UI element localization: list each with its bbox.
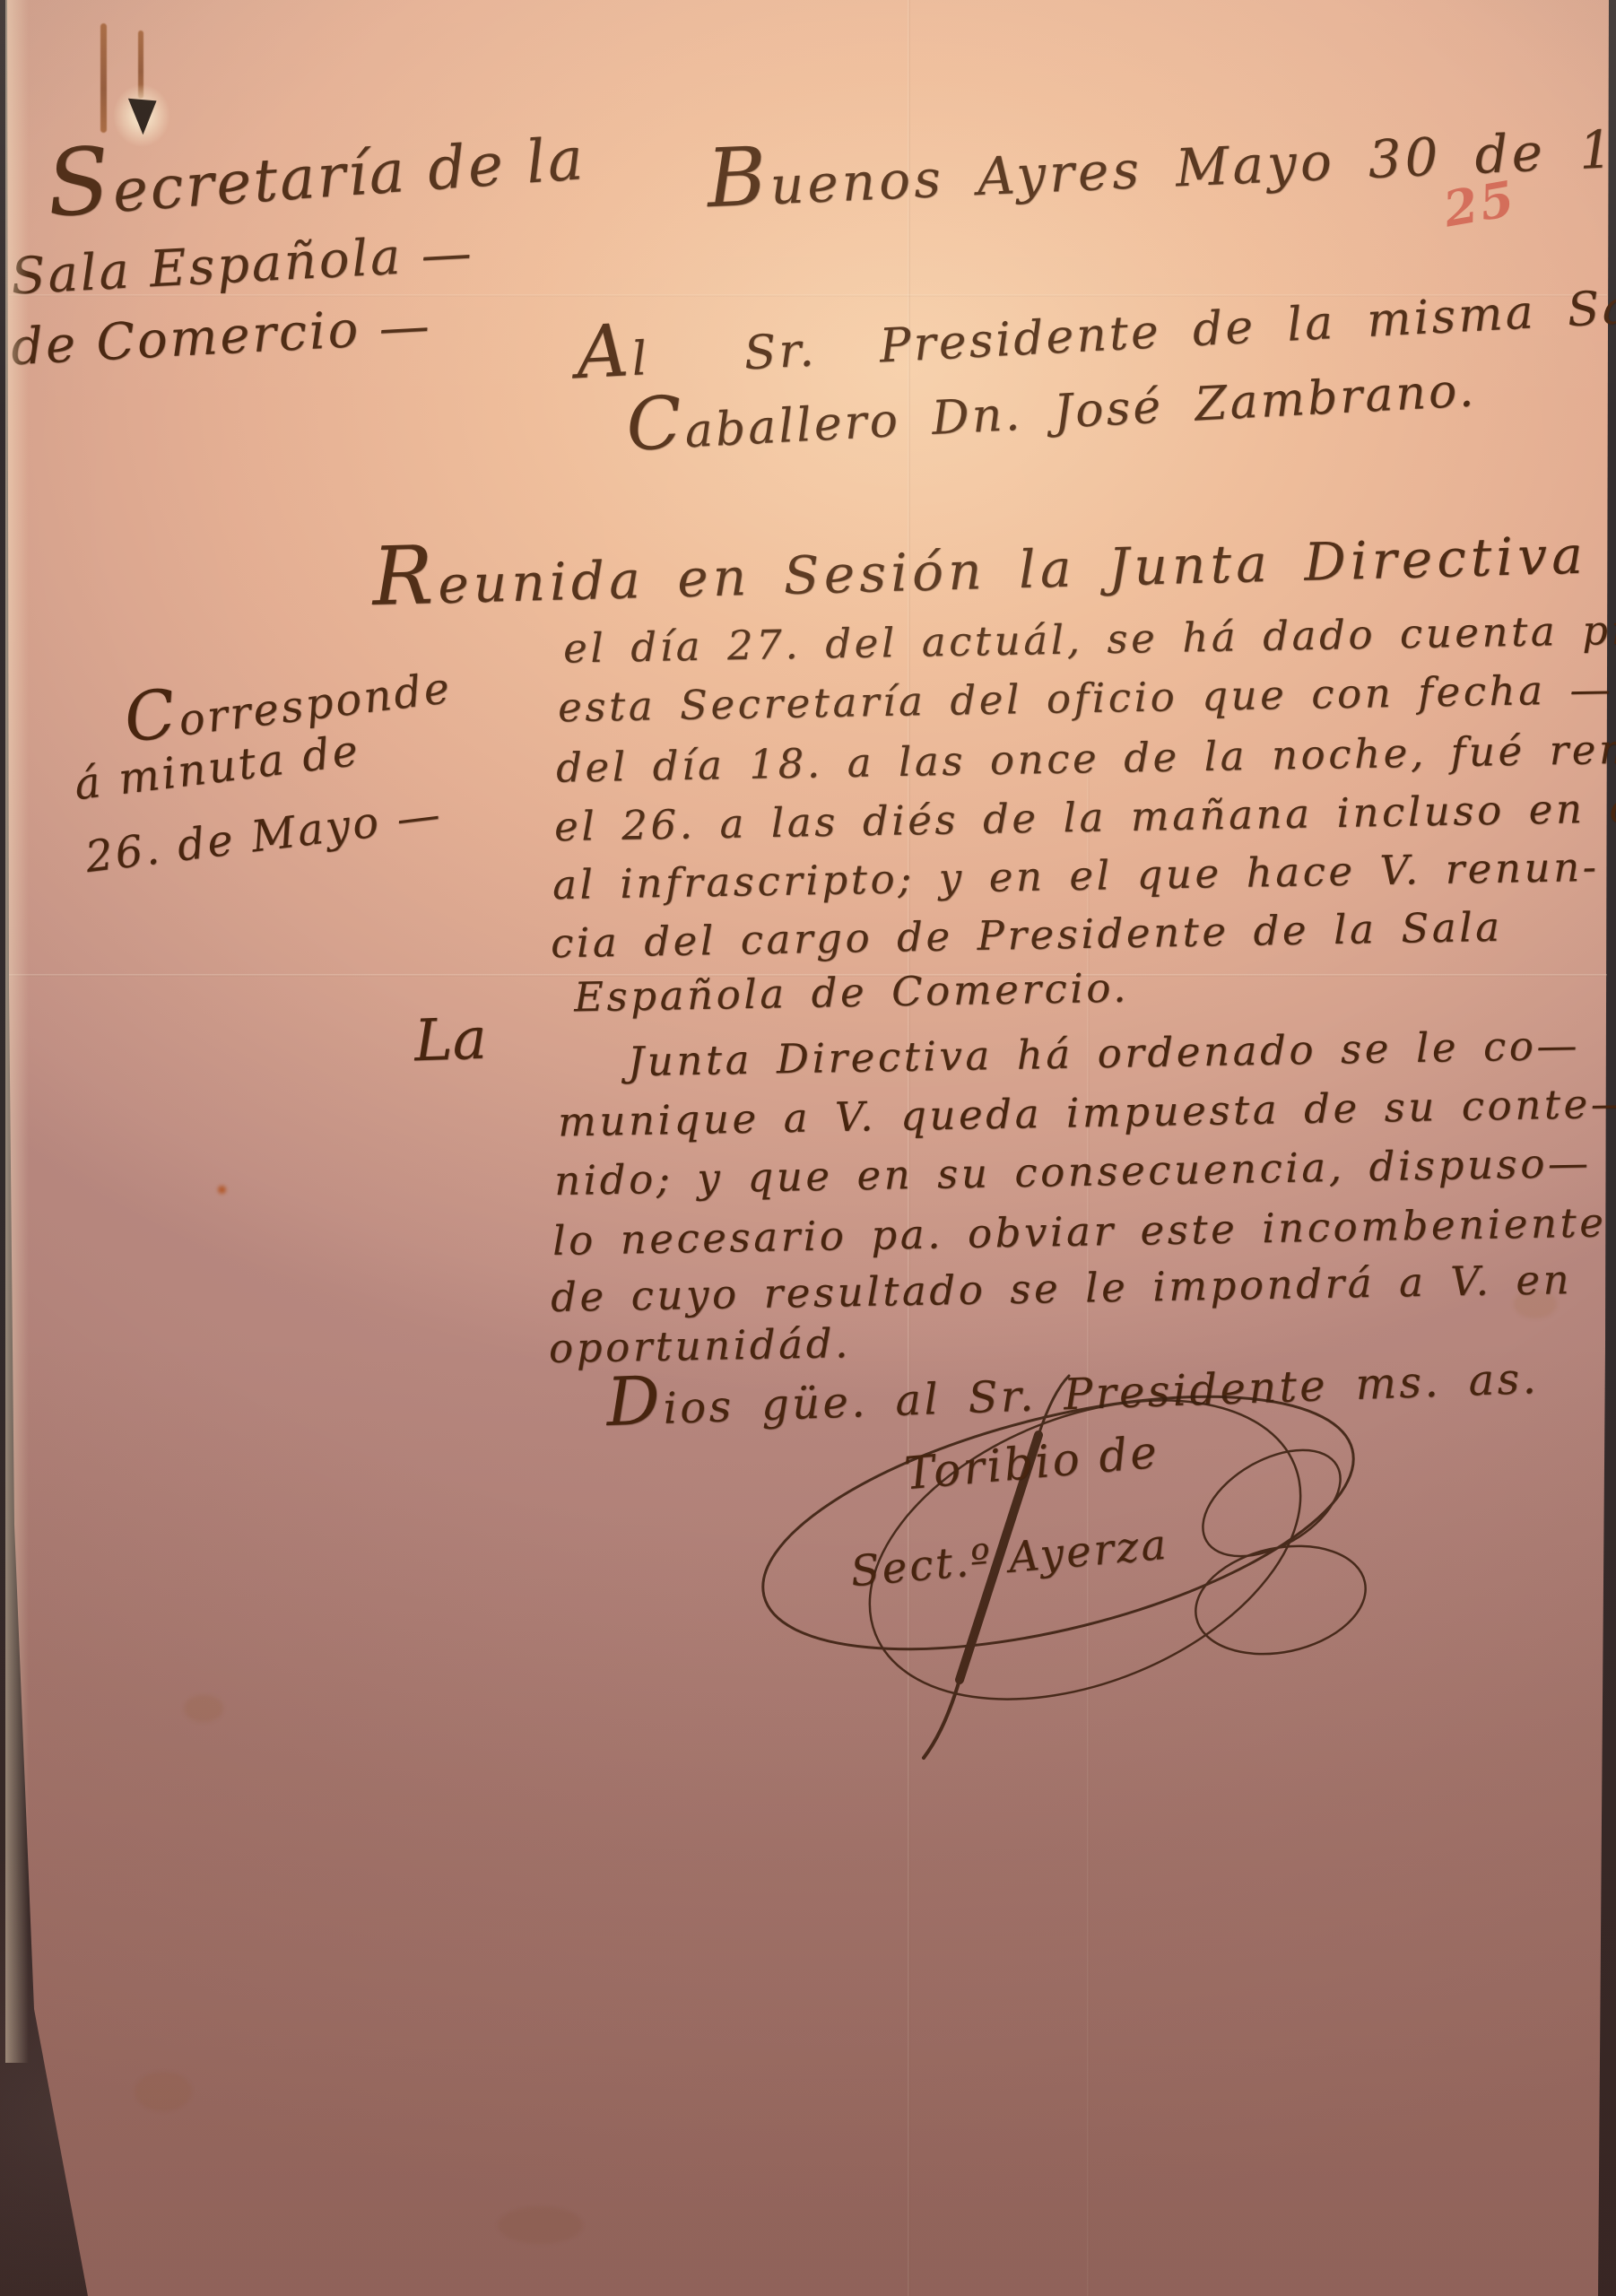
foxing-spot-1 (218, 1186, 226, 1194)
body-p2-line-6: oportunidád. (549, 1323, 852, 1369)
body-p1-line-8: Española de Comercio. (574, 968, 1130, 1018)
folio-number: 25 (1440, 173, 1520, 233)
foxing-spot-2 (184, 1695, 223, 1722)
body-p2-initial: La (413, 1011, 488, 1071)
foxing-spot-4 (135, 2072, 192, 2111)
photograph-of-letter: Secretaría de la Sala Española — de Come… (0, 0, 1616, 2296)
rust-stain-1 (100, 23, 107, 133)
foxing-spot-5 (498, 2206, 583, 2244)
